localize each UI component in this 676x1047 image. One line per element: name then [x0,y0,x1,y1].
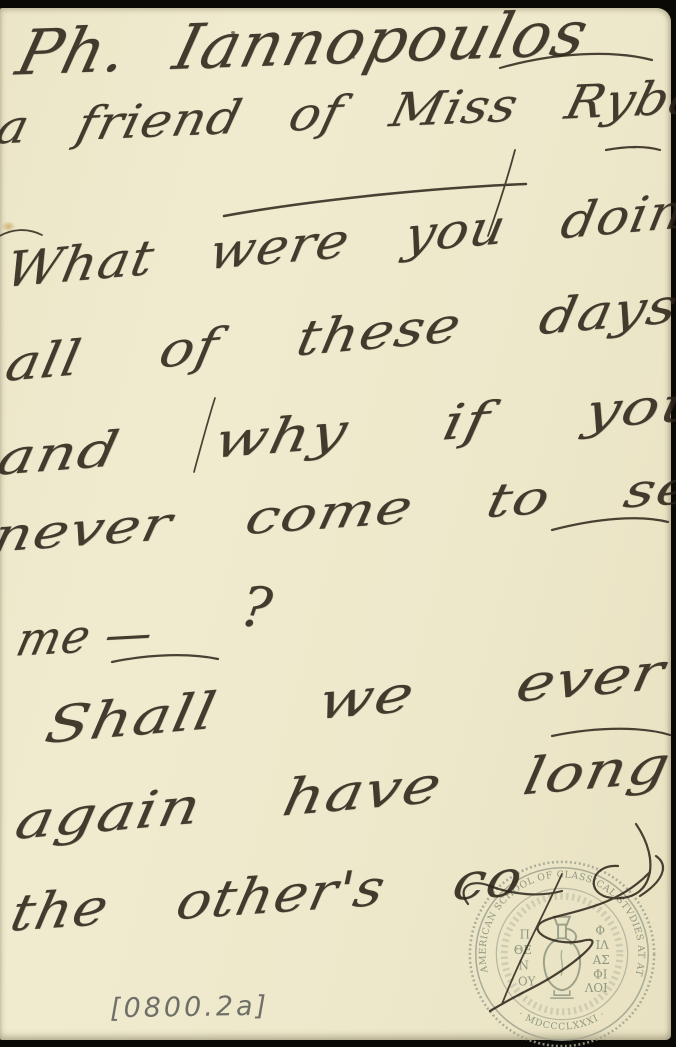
handwriting-line-body: me — [11,605,159,667]
archival-number-note: [0800.2a] [110,991,270,1025]
seal-greek-letter: Ν [519,959,529,973]
seal-greek-letter: ΑΣ [592,953,610,967]
seal-greek-letter: ΘΕ [514,943,532,957]
seal-lekythos-vase-icon [544,917,580,998]
seal-year-text: · MDCCCLXXXI · [516,1009,607,1033]
seal-greek-letter: ΙΛ [596,938,610,952]
paper-stain [1,221,16,232]
seal-greek-letter: ΟΥ [518,974,536,988]
seal-greek-letter: Π [520,927,530,941]
seal-greek-letter: ΦΙ [593,968,607,982]
letter-scan: AMERICAN SCHOOL OF CLASSICAL STVDIES AT … [0,0,676,1047]
seal-greek-letter: Φ [595,923,605,937]
seal-greek-letter: ΛΟΙ [584,981,608,995]
